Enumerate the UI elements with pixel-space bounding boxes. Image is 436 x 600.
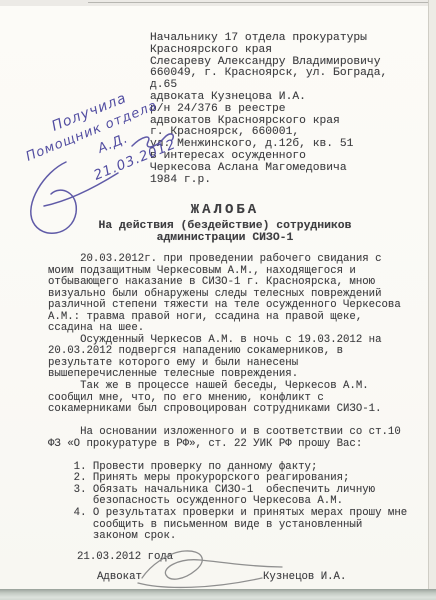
- scan-top-line: [88, 2, 436, 3]
- paper: Начальнику 17 отдела прокуратуры Красноя…: [0, 6, 436, 589]
- scan-right-edge: [428, 0, 436, 600]
- scanned-document-page: Начальнику 17 отдела прокуратуры Красноя…: [0, 0, 436, 600]
- document-title: ЖАЛОБА: [32, 202, 418, 218]
- title-block: ЖАЛОБА На действия (бездействие) сотрудн…: [32, 202, 418, 244]
- recipient-address-block: Начальнику 17 отдела прокуратуры Красноя…: [150, 33, 387, 186]
- date-line: 21.03.2012 года: [77, 551, 173, 563]
- body-text: 20.03.2012г. при проведении рабочего сви…: [48, 254, 407, 543]
- signer-role-label: Адвокат: [97, 571, 142, 583]
- signer-name: Кузнецов И.А.: [263, 571, 346, 583]
- document-subtitle: На действия (бездействие) сотрудников ад…: [32, 220, 418, 244]
- scan-bottom-edge: [0, 589, 436, 600]
